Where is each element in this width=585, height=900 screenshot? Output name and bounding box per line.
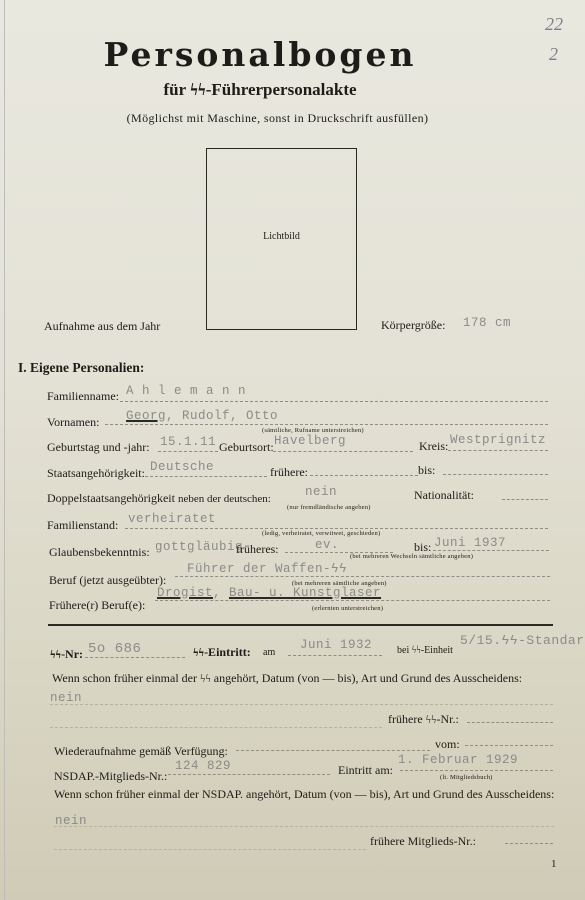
- glaube-bis-hint: (bei mehreren Wechseln sämtliche angeben…: [350, 553, 473, 560]
- geburtsort-line: [273, 451, 413, 452]
- glaube-label: Glaubensbekenntnis:: [49, 545, 150, 560]
- nsdap-frueher-question: Wenn schon früher einmal der NSDAP. ange…: [54, 787, 554, 802]
- nsdap-eintritt-hint: (lt. Mitgliedsbuch): [440, 774, 493, 781]
- geburtsort-label: Geburtsort:: [219, 440, 274, 455]
- doppel-value[interactable]: nein: [305, 485, 337, 499]
- fruehere-berufe-label: Frühere(r) Beruf(e):: [49, 598, 145, 613]
- vornamen-value[interactable]: Georg, Rudolf, Otto: [126, 409, 278, 423]
- doppel-label-sub: neben der deutschen:: [178, 493, 271, 505]
- fruehere-berufe-line: [155, 600, 550, 601]
- erlernter-beruf-drogist: Drogist: [157, 586, 213, 600]
- doppel-label-main: Doppelstaatsangehörigkeit: [47, 491, 175, 505]
- section-divider: [48, 624, 553, 626]
- ss-frueher-line-1: [50, 704, 553, 705]
- geburtstag-value[interactable]: 15.1.11: [160, 435, 216, 449]
- familienname-value[interactable]: A h l e m a n n: [126, 384, 246, 398]
- vornamen-hint: (sämtliche, Rufname unterstreichen): [262, 427, 364, 434]
- geburtstag-line: [158, 451, 218, 452]
- nsdap-nr-label: NSDAP.-Mitglieds-Nr.:: [54, 769, 167, 784]
- nsdap-eintritt-label: Eintritt am:: [338, 763, 393, 778]
- beruf-value[interactable]: Führer der Waffen-ϟϟ: [187, 562, 347, 576]
- familienname-line: [120, 401, 548, 402]
- nsdap-frueher-line-2: [54, 849, 366, 850]
- ss-einheit-value[interactable]: 5/15.ϟϟ-Standarte: [460, 633, 585, 648]
- bis-staat-label: bis:: [418, 463, 435, 478]
- nsdap-eintritt-line: [400, 770, 553, 771]
- ss-frueher-line-2: [50, 727, 382, 728]
- familienstand-label: Familienstand:: [47, 518, 118, 533]
- geburtsort-value[interactable]: Havelberg: [274, 434, 346, 448]
- fill-instruction: (Möglichst mit Maschine, sonst in Drucks…: [0, 111, 555, 126]
- vornamen-label: Vornamen:: [47, 415, 99, 430]
- ss-eintritt-am: am: [263, 647, 275, 658]
- familienstand-line: [125, 528, 548, 529]
- nsdap-fruehere-nr-label: frühere Mitglieds-Nr.:: [370, 834, 476, 849]
- ss-frueher-answer[interactable]: nein: [50, 691, 82, 705]
- ss-fruehere-nr-label: frühere ϟϟ-Nr.:: [388, 712, 459, 727]
- height-label: Körpergröße:: [381, 318, 445, 333]
- handwritten-annotation-sub: 2: [549, 44, 558, 65]
- nsdap-eintritt-value[interactable]: 1. Februar 1929: [398, 753, 518, 767]
- wiederaufnahme-line: [236, 750, 430, 751]
- vom-label: vom:: [435, 737, 460, 752]
- kreis-line: [448, 450, 548, 451]
- ss-nr-value[interactable]: 5o 686: [88, 641, 141, 657]
- ss-fruehere-nr-line: [467, 722, 553, 723]
- ss-eintritt-value[interactable]: Juni 1932: [300, 638, 372, 652]
- document-subtitle: für ϟϟ-Führerpersonalakte: [0, 80, 520, 100]
- ss-nr-line: [85, 657, 185, 658]
- photo-box: Lichtbild: [206, 148, 357, 330]
- fruehere-staat-line: [310, 475, 418, 476]
- personalbogen-page: 22 2 Personalbogen für ϟϟ-Führerpersonal…: [0, 0, 585, 900]
- beruf-label: Beruf (jetzt ausgeübter):: [49, 573, 166, 588]
- ss-frueher-question: Wenn schon früher einmal der ϟϟ angehört…: [52, 671, 522, 686]
- glaube-bis-value[interactable]: Juni 1937: [434, 536, 506, 550]
- nsdap-frueher-line-1: [54, 826, 554, 827]
- rufname-underlined: Georg: [126, 409, 166, 423]
- kreis-label: Kreis:: [419, 439, 448, 454]
- ss-eintritt-line: [288, 655, 382, 656]
- vornamen-rest: , Rudolf, Otto: [166, 409, 278, 423]
- height-value[interactable]: 178 cm: [463, 316, 511, 330]
- bis-staat-line: [443, 474, 548, 475]
- doppel-label: Doppelstaatsangehörigkeit neben der deut…: [47, 491, 271, 506]
- photo-label: Lichtbild: [207, 231, 356, 242]
- section-heading-personalien: I. Eigene Personalien:: [18, 360, 144, 376]
- glaube-value[interactable]: gottgläubig: [155, 540, 243, 554]
- beruf-separator: ,: [213, 586, 229, 600]
- staatsangehoerigkeit-value[interactable]: Deutsche: [150, 460, 214, 474]
- familienstand-value[interactable]: verheiratet: [128, 512, 216, 526]
- wiederaufnahme-label: Wiederaufnahme gemäß Verfügung:: [54, 744, 228, 759]
- familienstand-hint: (ledig, verheiratet, verwitwet, geschied…: [262, 530, 380, 537]
- handwritten-annotation-top: 22: [545, 14, 563, 35]
- ss-eintritt-label: ϟϟ-Eintritt:: [193, 645, 251, 660]
- doppel-hint: (nur fremdländische angeben): [287, 504, 371, 511]
- fruehere-berufe-hint: (erlernten unterstreichen): [312, 605, 383, 612]
- photo-year-label: Aufnahme aus dem Jahr: [44, 319, 160, 334]
- glaube-bis-line: [433, 550, 549, 551]
- kreis-value[interactable]: Westprignitz: [450, 433, 546, 447]
- beruf-line: [175, 576, 550, 577]
- document-title: Personalbogen: [0, 35, 520, 74]
- staatsangehoerigkeit-label: Staatsangehörigkeit:: [47, 466, 145, 481]
- erlernter-beruf-glaser: Bau- u. Kunstglaser: [229, 586, 381, 600]
- vornamen-line: [105, 424, 548, 425]
- nsdap-nr-value[interactable]: 124 829: [175, 759, 231, 773]
- fruehere-berufe-value[interactable]: Drogist, Bau- u. Kunstglaser: [157, 586, 381, 600]
- familienname-label: Familienname:: [47, 389, 119, 404]
- nationalitaet-line: [502, 499, 548, 500]
- page-number: 1: [551, 858, 557, 870]
- nsdap-nr-line: [168, 774, 330, 775]
- nsdap-fruehere-nr-line: [505, 843, 553, 844]
- page-edge: [4, 0, 5, 900]
- glaube-frueher-label: früheres:: [236, 542, 279, 557]
- vom-line: [465, 745, 553, 746]
- glaube-frueher-value[interactable]: ev.: [315, 538, 339, 552]
- geburtstag-label: Geburtstag und -jahr:: [47, 440, 150, 455]
- staatsangehoerigkeit-line: [145, 476, 267, 477]
- fruehere-staat-label: frühere:: [270, 465, 308, 480]
- ss-nr-label: ϟϟ-Nr:: [50, 647, 83, 662]
- nationalitaet-label: Nationalität:: [414, 488, 474, 503]
- ss-einheit-label: bei ϟϟ-Einheit: [397, 645, 453, 656]
